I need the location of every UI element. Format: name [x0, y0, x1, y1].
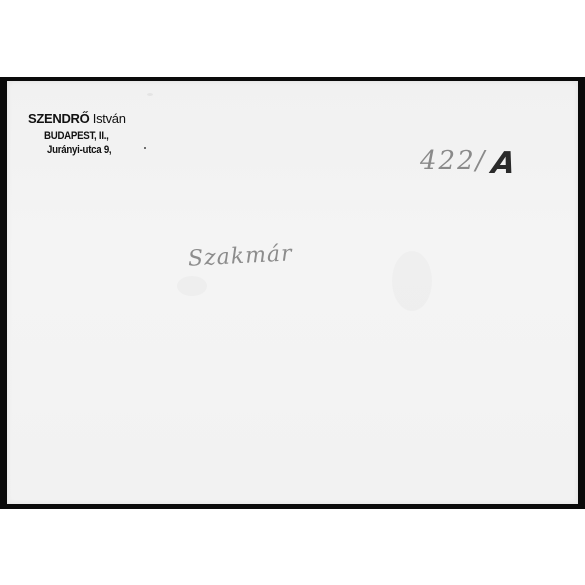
paper-smudge [177, 276, 207, 296]
stamp-surname: SZENDRŐ [28, 111, 89, 126]
paper-smudge [392, 251, 432, 311]
stamp-given-name: István [93, 111, 126, 126]
stamp-street: Jurányi-utca 9, [47, 144, 111, 156]
stamp-city: BUDAPEST, II., [44, 130, 109, 142]
reference-suffix: A [490, 146, 518, 181]
paper-smudge [147, 93, 153, 96]
reference-number: 422/ [420, 146, 486, 176]
stamp-photographer-name: SZENDRŐ István [28, 111, 126, 126]
ink-dot [144, 147, 146, 149]
